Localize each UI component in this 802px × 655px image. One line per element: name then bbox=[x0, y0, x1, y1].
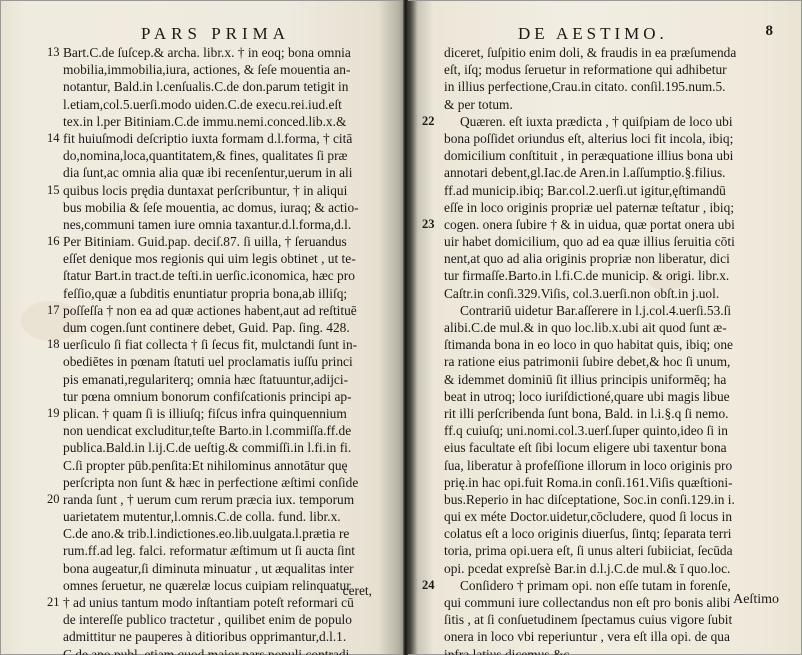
text-line: do,nomina,loca,quantitatem,& fines, qual… bbox=[63, 147, 359, 164]
paragraph-number: 20 bbox=[47, 491, 60, 508]
line-text: Bart.C.de ſuſcep.& archa. libr.x. † in e… bbox=[63, 45, 351, 60]
line-text: domicilium conſtituit , in peræquatione … bbox=[444, 148, 733, 163]
line-text: bona poſſidet oriundus eſt, alterius loc… bbox=[444, 131, 733, 146]
line-text: † ad unius tantum modo inſtantiam poteſt… bbox=[63, 595, 354, 610]
line-text: ſtimanda bona in eo loco in quo habitat … bbox=[444, 337, 733, 352]
line-text: de intereſſe publico tractetur , quilibe… bbox=[63, 612, 352, 627]
line-text: C.de ano.& trib.l.indictiones.eo.lib.uul… bbox=[63, 526, 349, 541]
text-line: onera in loco vbi reperiuntur , vera eſt… bbox=[444, 628, 736, 645]
text-line: uir habet domicilium, quo ad ea quæ illi… bbox=[444, 233, 736, 250]
line-text: randa ſunt , † uerum cum rerum præcia iu… bbox=[63, 492, 354, 507]
text-line: in illius perfectione,Crau.in citato. co… bbox=[444, 78, 736, 95]
text-line: ff.ad municip.ibiq; Bar.col.2.uerſi.ut i… bbox=[444, 182, 736, 199]
text-line: ſitis , at ſi conſuetudinem ſpectamus cu… bbox=[444, 611, 736, 628]
line-text: l.etiam,col.5.uerſi.modo uiden.C.de exec… bbox=[63, 97, 342, 112]
line-text: cogen. onera ſubire † & in uidua, quæ po… bbox=[444, 217, 735, 232]
line-text: infra latius dicemus &c. bbox=[444, 647, 573, 655]
text-line: nes,communi tamen iure omnia taxantur.d.… bbox=[63, 216, 359, 233]
text-line: C.de apo.publ. etiam quod maior pars pop… bbox=[63, 646, 359, 655]
text-line: bona augeatur,ſi diminuta minuatur , ut … bbox=[63, 560, 359, 577]
paragraph-number: 13 bbox=[47, 44, 60, 61]
book-gutter bbox=[403, 0, 408, 655]
line-text: rum.ff.ad leg. falci. reformatur æſtimum… bbox=[63, 543, 355, 558]
line-text: poſſeſſa † non ea ad quæ actiones habent… bbox=[63, 303, 357, 318]
text-line: tur firmaſſe.Barto.in l.fi.C.de municip.… bbox=[444, 267, 736, 284]
text-line: l.etiam,col.5.uerſi.modo uiden.C.de exec… bbox=[63, 96, 359, 113]
line-text: in illius perfectione,Crau.in citato. co… bbox=[444, 79, 726, 94]
catchword: Aeſtimo bbox=[733, 592, 779, 608]
line-text: publica.Bald.in l.ij.C.de ueſtig.& commi… bbox=[63, 440, 351, 455]
text-line: 20randa ſunt , † uerum cum rerum præcia … bbox=[63, 491, 359, 508]
line-text: diceret, ſuſpitio enim doli, & fraudis i… bbox=[444, 45, 736, 60]
text-line: ff.q cuiuſq; uni.nomi.col.3.uerſ.ſuper q… bbox=[444, 422, 736, 439]
text-line: eſſet denique mos regionis qui uim legis… bbox=[63, 250, 359, 267]
line-text: qui communi iure collectandus non eſt pr… bbox=[444, 595, 730, 610]
text-line: nent,at quo ad alia originis propriæ non… bbox=[444, 250, 736, 267]
text-line: perſcripta non ſunt & hæc in perfectione… bbox=[63, 474, 359, 491]
text-line: 24Conſidero † primam opi. non eſſe tutam… bbox=[444, 577, 736, 594]
text-line: & idemmet dominiū ſit illius principis u… bbox=[444, 371, 736, 388]
line-text: pis emanati,regulariterq; omnia hæc ſtat… bbox=[63, 372, 348, 387]
line-text: beat in utroq; loco iuriſdictioné,quare … bbox=[444, 389, 730, 404]
text-line: rum.ff.ad leg. falci. reformatur æſtimum… bbox=[63, 542, 359, 559]
line-text: alibi.C.de mul.& in quo loc.lib.x.ubi ai… bbox=[444, 320, 727, 335]
line-text: C.de apo.publ. etiam quod maior pars pop… bbox=[63, 647, 349, 655]
text-line: Contrariū uidetur Bar.aſſerere in l.j.co… bbox=[444, 302, 736, 319]
text-line: eſſe in loco originis propriæ uel patern… bbox=[444, 199, 736, 216]
line-text: mobilia,immobilia,iura, actiones, & ſeſe… bbox=[63, 62, 350, 77]
line-text: Conſidero † primam opi. non eſſe tutam i… bbox=[460, 578, 731, 593]
text-line: bona poſſidet oriundus eſt, alterius loc… bbox=[444, 130, 736, 147]
text-line: mobilia,immobilia,iura, actiones, & ſeſe… bbox=[63, 61, 359, 78]
left-page-last-word: ceret, bbox=[343, 583, 372, 599]
paragraph-number: 22 bbox=[422, 113, 435, 130]
text-line: Caſtr.in conſi.329.Viſis, col.3.uerſi.no… bbox=[444, 285, 736, 302]
line-text: opi. pcedat expreſsè Bar.in d.l.j.C.de m… bbox=[444, 561, 730, 576]
line-text: nes,communi tamen iure omnia taxantur.d.… bbox=[63, 217, 351, 232]
text-line: ra ratione eius patrimonii ſubire debet,… bbox=[444, 353, 736, 370]
line-text: eſſet denique mos regionis qui uim legis… bbox=[63, 251, 356, 266]
text-line: infra latius dicemus &c. bbox=[444, 646, 736, 655]
text-line: obediētes in pœnam ſtatuti uel proclamat… bbox=[63, 353, 359, 370]
line-text: tur firmaſſe.Barto.in l.fi.C.de municip.… bbox=[444, 268, 729, 283]
text-line: opi. pcedat expreſsè Bar.in d.l.j.C.de m… bbox=[444, 560, 736, 577]
right-page-body: diceret, ſuſpitio enim doli, & fraudis i… bbox=[444, 44, 736, 655]
paragraph-number: 18 bbox=[47, 336, 60, 353]
text-line: bus.Reperio in hac diſceptatione, Soc.in… bbox=[444, 491, 736, 508]
text-line: 14fit huiuſmodi deſcriptio iuxta formam … bbox=[63, 130, 359, 147]
text-line: non uendicat excluditur,teſte Barto.in l… bbox=[63, 422, 359, 439]
text-line: publica.Bald.in l.ij.C.de ueſtig.& commi… bbox=[63, 439, 359, 456]
line-text: ff.q cuiuſq; uni.nomi.col.3.uerſ.ſuper q… bbox=[444, 423, 728, 438]
text-line: 16Per Bitiniam. Guid.pap. deciſ.87. ſi u… bbox=[63, 233, 359, 250]
line-text: feſſio,quæ a ſubditis enuntiatur propria… bbox=[63, 286, 347, 301]
running-head-right: DE AESTIMO. bbox=[518, 24, 668, 44]
text-line: de intereſſe publico tractetur , quilibe… bbox=[63, 611, 359, 628]
paragraph-number: 23 bbox=[422, 216, 435, 233]
text-line: uarietatem mutentur,l.omnis.C.de colla. … bbox=[63, 508, 359, 525]
line-text: annotari debent,gl.Iac.de Aren.in l.aſſu… bbox=[444, 165, 726, 180]
line-text: obediētes in pœnam ſtatuti uel proclamat… bbox=[63, 354, 353, 369]
line-text: omnes ſeruetur, ne quærelæ locus cuipiam… bbox=[63, 578, 351, 593]
page-number: 8 bbox=[766, 23, 774, 40]
line-text: Per Bitiniam. Guid.pap. deciſ.87. ſi uil… bbox=[63, 234, 347, 249]
text-line: diceret, ſuſpitio enim doli, & fraudis i… bbox=[444, 44, 736, 61]
line-text: dum cogen.ſunt continere debet, Guid. Pa… bbox=[63, 320, 350, 335]
text-line: rit illi perſcribenda ſunt bona, Bald. i… bbox=[444, 405, 736, 422]
line-text: dia ſunt,ac omnia alia quæ ibi recenſent… bbox=[63, 165, 353, 180]
line-text: notantur, Bald.in l.cenſualis.C.de don.p… bbox=[63, 79, 348, 94]
line-text: prię.in hac opi.fuit Roma.in conſi.161.V… bbox=[444, 475, 733, 490]
text-line: 22Quæren. eſt iuxta prædicta , † quiſpia… bbox=[444, 113, 736, 130]
line-text: bus mobilia & ſeſe mouentia, ac domus, i… bbox=[63, 200, 359, 215]
text-line: ſtatur Bart.in tract.de teſti.in uerſic.… bbox=[63, 267, 359, 284]
right-page: DE AESTIMO. 8 diceret, ſuſpitio enim dol… bbox=[406, 1, 801, 654]
text-line: beat in utroq; loco iuriſdictioné,quare … bbox=[444, 388, 736, 405]
line-text: fit huiuſmodi deſcriptio iuxta formam d.… bbox=[63, 131, 352, 146]
line-text: tur pœna omnium bonorum confiſcationis p… bbox=[63, 389, 352, 404]
paragraph-number: 19 bbox=[47, 405, 60, 422]
line-text: & per totum. bbox=[444, 97, 513, 112]
line-text: bus.Reperio in hac diſceptatione, Soc.in… bbox=[444, 492, 735, 507]
line-text: & idemmet dominiū ſit illius principis u… bbox=[444, 372, 726, 387]
text-line: prię.in hac opi.fuit Roma.in conſi.161.V… bbox=[444, 474, 736, 491]
text-line: dum cogen.ſunt continere debet, Guid. Pa… bbox=[63, 319, 359, 336]
text-line: admittitur ne pauperes à ditioribus oppr… bbox=[63, 628, 359, 645]
line-text: ſitis , at ſi conſuetudinem ſpectamus cu… bbox=[444, 612, 732, 627]
text-line: tex.in l.per Bitiniam.C.de immu.nemi.con… bbox=[63, 113, 359, 130]
line-text: Caſtr.in conſi.329.Viſis, col.3.uerſi.no… bbox=[444, 286, 719, 301]
line-text: onera in loco vbi reperiuntur , vera eſt… bbox=[444, 629, 730, 644]
line-text: eius facultate eſt ſibi locum eligere ub… bbox=[444, 440, 727, 455]
text-line: omnes ſeruetur, ne quærelæ locus cuipiam… bbox=[63, 577, 359, 594]
paragraph-number: 16 bbox=[47, 233, 60, 250]
line-text: ff.ad municip.ibiq; Bar.col.2.uerſi.ut i… bbox=[444, 183, 726, 198]
left-page-body: 13Bart.C.de ſuſcep.& archa. libr.x. † in… bbox=[63, 44, 359, 655]
text-line: 15quibus locis prędia duntaxat perſcribu… bbox=[63, 182, 359, 199]
text-line: alibi.C.de mul.& in quo loc.lib.x.ubi ai… bbox=[444, 319, 736, 336]
text-line: qui ex méte Doctor.uidetur,cōcludere, qu… bbox=[444, 508, 736, 525]
line-text: toria, prima opi.uera eſt, ſi unus alter… bbox=[444, 543, 733, 558]
text-line: dia ſunt,ac omnia alia quæ ibi recenſent… bbox=[63, 164, 359, 181]
line-text: non uendicat excluditur,teſte Barto.in l… bbox=[63, 423, 351, 438]
paragraph-number: 21 bbox=[47, 594, 60, 611]
line-text: plican. † quam ſi is illiuſq; fiſcus inf… bbox=[63, 406, 347, 421]
text-line: ſtimanda bona in eo loco in quo habitat … bbox=[444, 336, 736, 353]
text-line: eius facultate eſt ſibi locum eligere ub… bbox=[444, 439, 736, 456]
text-line: qui communi iure collectandus non eſt pr… bbox=[444, 594, 736, 611]
text-line: notantur, Bald.in l.cenſualis.C.de don.p… bbox=[63, 78, 359, 95]
line-text: rit illi perſcribenda ſunt bona, Bald. i… bbox=[444, 406, 729, 421]
line-text: perſcripta non ſunt & hæc in perfectione… bbox=[63, 475, 358, 490]
running-head-left: PARS PRIMA bbox=[141, 24, 290, 44]
line-text: eſt, iſq; modus ſeruetur in reformatione… bbox=[444, 62, 727, 77]
text-line: C.de ano.& trib.l.indictiones.eo.lib.uul… bbox=[63, 525, 359, 542]
line-text: uerſiculo ſi fiat collecta † ſi ſecus fi… bbox=[63, 337, 357, 352]
text-line: bus mobilia & ſeſe mouentia, ac domus, i… bbox=[63, 199, 359, 216]
text-line: domicilium conſtituit , in peræquatione … bbox=[444, 147, 736, 164]
text-line: 17poſſeſſa † non ea ad quæ actiones habe… bbox=[63, 302, 359, 319]
paragraph-number: 24 bbox=[422, 577, 435, 594]
line-text: quibus locis prędia duntaxat perſcribunt… bbox=[63, 183, 347, 198]
text-line: 23cogen. onera ſubire † & in uidua, quæ … bbox=[444, 216, 736, 233]
text-line: 13Bart.C.de ſuſcep.& archa. libr.x. † in… bbox=[63, 44, 359, 61]
text-line: pis emanati,regulariterq; omnia hæc ſtat… bbox=[63, 371, 359, 388]
text-line: ſua, liberatur à profeſſione illorum in … bbox=[444, 457, 736, 474]
text-line: toria, prima opi.uera eſt, ſi unus alter… bbox=[444, 542, 736, 559]
paragraph-number: 14 bbox=[47, 130, 60, 147]
line-text: ſtatur Bart.in tract.de teſti.in uerſic.… bbox=[63, 268, 355, 283]
line-text: Quæren. eſt iuxta prædicta , † quiſpiam … bbox=[460, 114, 733, 129]
text-line: annotari debent,gl.Iac.de Aren.in l.aſſu… bbox=[444, 164, 736, 181]
text-line: colatus eſt a loco originis diuerſus, ſi… bbox=[444, 525, 736, 542]
left-page: PARS PRIMA 13Bart.C.de ſuſcep.& archa. l… bbox=[1, 1, 406, 654]
line-text: qui ex méte Doctor.uidetur,cōcludere, qu… bbox=[444, 509, 732, 524]
text-line: 19plican. † quam ſi is illiuſq; fiſcus i… bbox=[63, 405, 359, 422]
line-text: C.ſi propter pūb.penſita:Et nihilominus … bbox=[63, 458, 348, 473]
text-line: 21† ad unius tantum modo inſtantiam pote… bbox=[63, 594, 359, 611]
text-line: & per totum. bbox=[444, 96, 736, 113]
line-text: admittitur ne pauperes à ditioribus oppr… bbox=[63, 629, 346, 644]
paragraph-number: 17 bbox=[47, 302, 60, 319]
line-text: ſua, liberatur à profeſſione illorum in … bbox=[444, 458, 732, 473]
line-text: Contrariū uidetur Bar.aſſerere in l.j.co… bbox=[460, 303, 731, 318]
line-text: ra ratione eius patrimonii ſubire debet,… bbox=[444, 354, 730, 369]
paragraph-number: 15 bbox=[47, 182, 60, 199]
text-line: C.ſi propter pūb.penſita:Et nihilominus … bbox=[63, 457, 359, 474]
text-line: feſſio,quæ a ſubditis enuntiatur propria… bbox=[63, 285, 359, 302]
line-text: bona augeatur,ſi diminuta minuatur , ut … bbox=[63, 561, 354, 576]
line-text: nent,at quo ad alia originis propriæ non… bbox=[444, 251, 730, 266]
text-line: eſt, iſq; modus ſeruetur in reformatione… bbox=[444, 61, 736, 78]
line-text: uir habet domicilium, quo ad ea quæ illi… bbox=[444, 234, 735, 249]
line-text: eſſe in loco originis propriæ uel patern… bbox=[444, 200, 734, 215]
line-text: tex.in l.per Bitiniam.C.de immu.nemi.con… bbox=[63, 114, 346, 129]
line-text: do,nomina,loca,quantitatem,& fines, qual… bbox=[63, 148, 348, 163]
text-line: 18uerſiculo ſi fiat collecta † ſi ſecus … bbox=[63, 336, 359, 353]
line-text: colatus eſt a loco originis diuerſus, ſi… bbox=[444, 526, 731, 541]
text-line: tur pœna omnium bonorum confiſcationis p… bbox=[63, 388, 359, 405]
line-text: uarietatem mutentur,l.omnis.C.de colla. … bbox=[63, 509, 341, 524]
